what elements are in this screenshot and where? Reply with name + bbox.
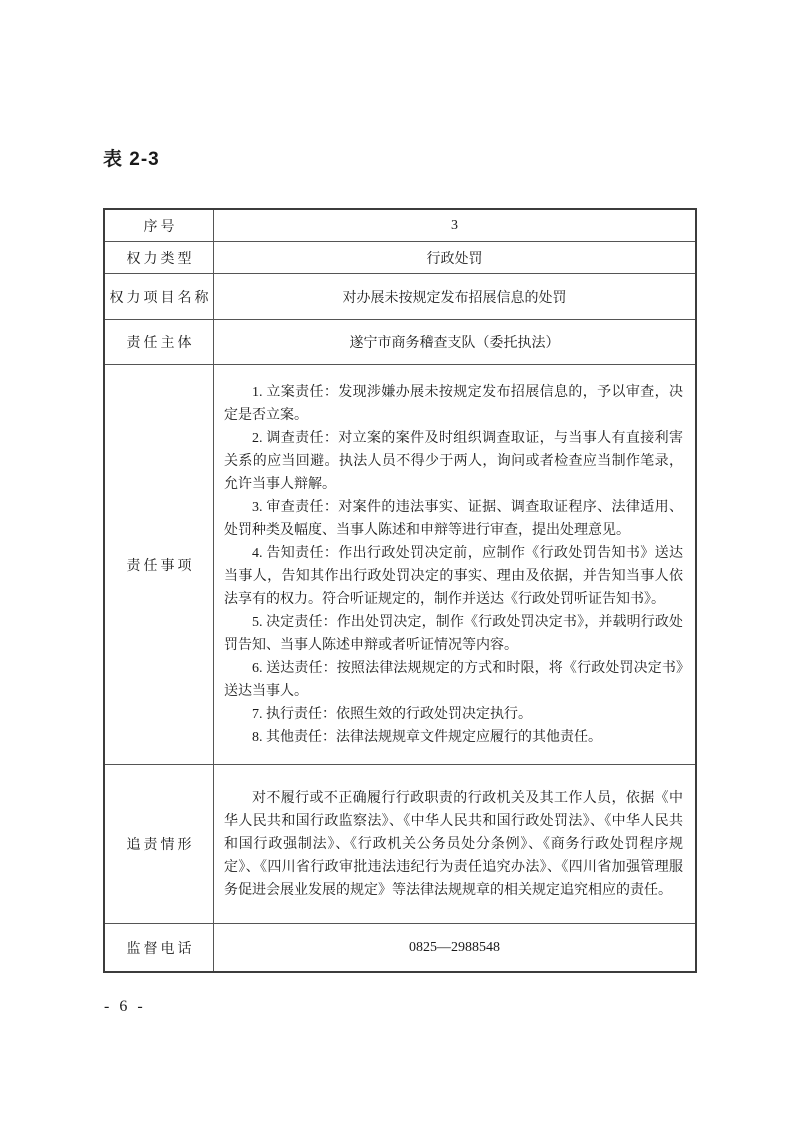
paragraph: 5. 决定责任：作出处罚决定，制作《行政处罚决定书》，并载明行政处罚告知、当事人… [224, 611, 683, 657]
row-value: 遂宁市商务稽查支队（委托执法） [214, 320, 695, 364]
accountability-paragraphs: 对不履行或不正确履行行政职责的行政机关及其工作人员，依据《中华人民共和国行政监察… [214, 765, 695, 923]
page-title: 表 2-3 [103, 144, 160, 171]
supervision-phone-number: 0825—2988548 [214, 924, 695, 971]
paragraph: 7. 执行责任：依照生效的行政处罚决定执行。 [224, 703, 683, 726]
paragraph: 6. 送达责任：按照法律法规规定的方式和时限，将《行政处罚决定书》送达当事人。 [224, 657, 683, 703]
paragraph: 对不履行或不正确履行行政职责的行政机关及其工作人员，依据《中华人民共和国行政监察… [224, 787, 683, 902]
row-label: 责任事项 [105, 365, 214, 764]
paragraph: 1. 立案责任：发现涉嫌办展未按规定发布招展信息的，予以审查，决定是否立案。 [224, 381, 683, 427]
row-label: 监督电话 [105, 924, 214, 971]
table-row-duty-items: 责任事项 1. 立案责任：发现涉嫌办展未按规定发布招展信息的，予以审查，决定是否… [105, 364, 695, 764]
table-row-accountability: 追责情形 对不履行或不正确履行行政职责的行政机关及其工作人员，依据《中华人民共和… [105, 764, 695, 923]
row-label: 追责情形 [105, 765, 214, 923]
row-label: 权力类型 [105, 242, 214, 273]
paragraph: 4. 告知责任：作出行政处罚决定前，应制作《行政处罚告知书》送达当事人，告知其作… [224, 542, 683, 611]
paragraph: 2. 调查责任：对立案的案件及时组织调查取证，与当事人有直接利害关系的应当回避。… [224, 427, 683, 496]
table-row-supervision-phone: 监督电话 0825—2988548 [105, 923, 695, 971]
row-label: 权力项目名称 [105, 274, 214, 319]
table-row-responsible-entity: 责任主体 遂宁市商务稽查支队（委托执法） [105, 319, 695, 364]
row-value: 行政处罚 [214, 242, 695, 273]
row-value: 3 [214, 210, 695, 241]
document-page: 表 2-3 序号 3 权力类型 行政处罚 权力项目名称 对办展未按规定发布招展信… [0, 0, 793, 1122]
paragraph: 8. 其他责任：法律法规规章文件规定应履行的其他责任。 [224, 726, 683, 749]
row-label: 责任主体 [105, 320, 214, 364]
row-label: 序号 [105, 210, 214, 241]
duty-paragraphs: 1. 立案责任：发现涉嫌办展未按规定发布招展信息的，予以审查，决定是否立案。2.… [214, 365, 695, 764]
table-row-power-type: 权力类型 行政处罚 [105, 241, 695, 273]
paragraph: 3. 审查责任：对案件的违法事实、证据、调查取证程序、法律适用、处罚种类及幅度、… [224, 496, 683, 542]
table-row-serial-number: 序号 3 [105, 210, 695, 241]
responsibility-table: 序号 3 权力类型 行政处罚 权力项目名称 对办展未按规定发布招展信息的处罚 责… [103, 208, 697, 973]
table-row-power-item-name: 权力项目名称 对办展未按规定发布招展信息的处罚 [105, 273, 695, 319]
page-number: - 6 - [104, 998, 146, 1016]
row-value: 对办展未按规定发布招展信息的处罚 [214, 274, 695, 319]
